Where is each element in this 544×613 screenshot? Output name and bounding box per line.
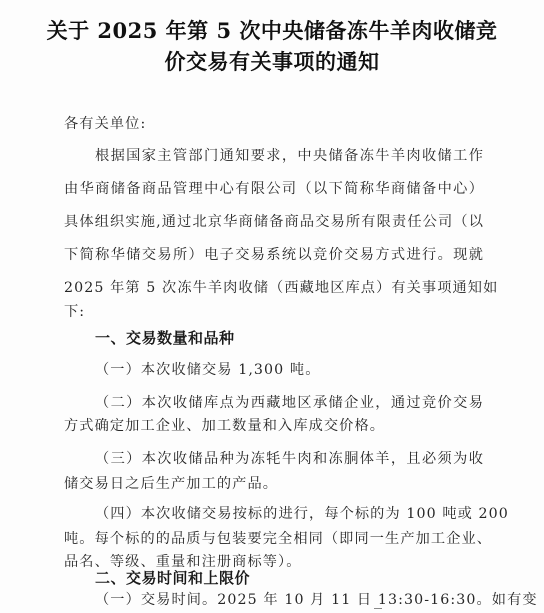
document-page: 关于 2025 年第 5 次中央储备冻牛羊肉收储竞 价交易有关事项的通知 各有关… bbox=[0, 0, 544, 613]
intro-line: 根据国家主管部门通知要求，中央储备冻牛羊肉收储工作 bbox=[95, 146, 484, 166]
clause-1-2-cont: 方式确定加工企业、加工数量和入库成交价格。 bbox=[64, 416, 484, 436]
section-heading-2: 二、交易时间和上限价 bbox=[95, 568, 250, 588]
clause-2-1: （一）交易时间。2025 年 10 月 11 日 13:30-16:30。如有变 bbox=[95, 590, 484, 610]
document-title-line-1: 关于 2025 年第 5 次中央储备冻牛羊肉收储竞 bbox=[40, 16, 504, 46]
intro-line: 具体组织实施,通过北京华商储备商品交易所有限责任公司（以 bbox=[64, 212, 484, 232]
clause-1-3: （三）本次收储品种为冻牦牛肉和冻胴体羊，且必须为收 bbox=[95, 449, 484, 469]
intro-line: 下简称华储交易所）电子交易系统以竞价交易方式进行。现就 bbox=[64, 245, 484, 265]
clause-1-2: （二）本次收储库点为西藏地区承储企业，通过竞价交易 bbox=[95, 393, 484, 413]
clause-1-4-cont: 吨。每个标的的品质与包装要完全相同（即同一生产加工企业、 bbox=[64, 529, 484, 549]
intro-line: 由华商储备商品管理中心有限公司（以下简称华商储备中心） bbox=[64, 179, 484, 199]
section-heading-1: 一、交易数量和品种 bbox=[95, 328, 235, 348]
intro-line: 2025 年第 5 次冻牛羊肉收储（西藏地区库点）有关事项通知如 bbox=[64, 278, 484, 298]
clause-1-4: （四）本次收储交易按标的进行，每个标的为 100 吨或 200 bbox=[95, 504, 484, 524]
intro-line: 下: bbox=[64, 302, 484, 322]
page-mark bbox=[374, 608, 382, 609]
document-title-line-2: 价交易有关事项的通知 bbox=[40, 47, 504, 77]
clause-1-1: （一）本次收储交易 1,300 吨。 bbox=[95, 360, 484, 380]
clause-1-3-cont: 储交易日之后生产加工的产品。 bbox=[64, 474, 484, 494]
salutation: 各有关单位: bbox=[64, 114, 484, 134]
